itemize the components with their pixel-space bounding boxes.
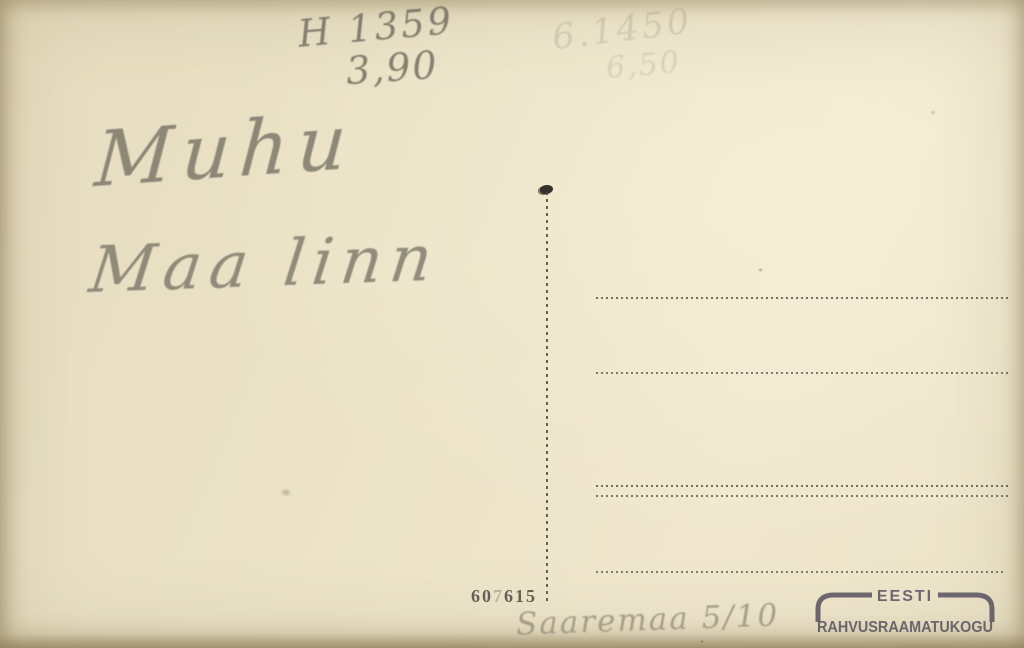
print-number-suffix: 615 [504,586,537,606]
stamp-line2: RAHVUSRAAMATUKOGU [817,619,993,636]
print-number: 607615 [471,586,537,607]
handwritten-title-line-1: Muhu [92,97,358,205]
location-note: Saaremaa 5/10 [515,597,779,642]
library-stamp: EESTI RAHVUSRAAMATUKOGU [810,582,1002,640]
address-line-4 [596,495,1010,497]
address-line-5 [596,571,1006,573]
address-line-2 [596,372,1010,374]
postal-divider-line [546,192,548,602]
stamp-line1: EESTI [877,588,933,605]
print-number-middle: 7 [493,586,504,606]
address-line-1 [596,297,1010,299]
paper-speck [758,268,763,272]
address-line-3 [596,485,1010,487]
faint-number-note-2: 6,50 [605,45,683,86]
paper-smudge [280,488,292,497]
stamp-frame-left [818,595,872,622]
paper-speck [700,640,704,643]
print-number-prefix: 60 [471,586,493,606]
paper-speck [930,110,936,115]
postcard-back: H 1359 3,90 6.1450 6,50 Muhu Maa linn 60… [0,0,1024,648]
handwritten-title-line-2: Maa linn [86,222,444,309]
price-note: 3,90 [345,43,440,93]
stamp-frame-right [938,595,992,622]
